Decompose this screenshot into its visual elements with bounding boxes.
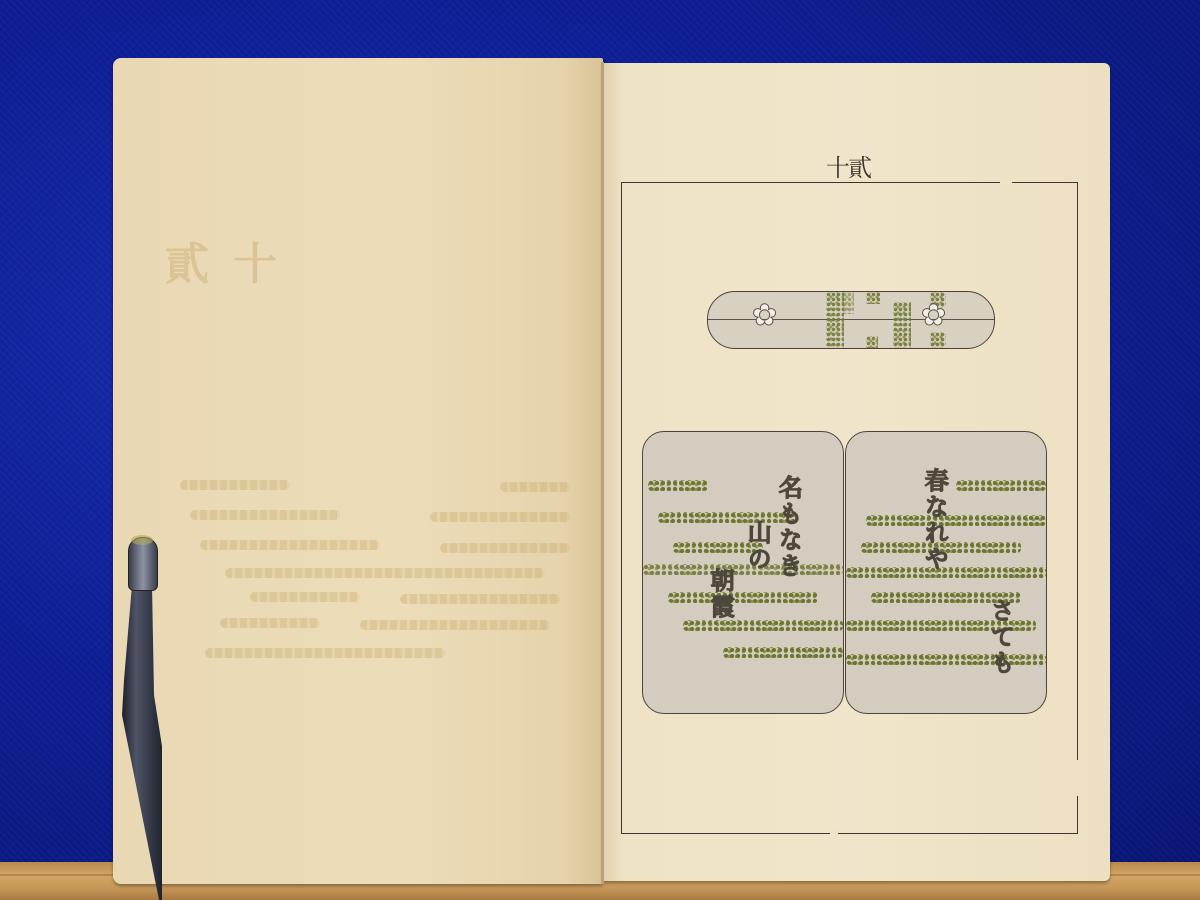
frame-gap	[1000, 180, 1012, 185]
book-spine-gutter	[601, 62, 604, 884]
mist-stripe	[866, 336, 878, 348]
mist-stripe	[866, 292, 880, 304]
mist-stripe	[930, 332, 946, 348]
poem-text-column: さても	[988, 598, 1013, 676]
poem-text-column: 朝霞	[708, 568, 733, 620]
poem-card-left	[642, 431, 844, 714]
poem-text-column: 山の	[745, 520, 770, 572]
mist-stripe	[893, 302, 911, 348]
mist-band	[668, 592, 818, 603]
page-number: 十貳	[826, 148, 870, 183]
bleed-through-page-number: 貳十	[165, 228, 301, 292]
left-page	[113, 58, 603, 884]
frame-gap	[1074, 760, 1079, 796]
mist-band	[866, 515, 1046, 526]
book-clip-knob	[131, 535, 153, 545]
poem-text-column: 名もなき	[776, 475, 801, 579]
rounded-bar-design	[707, 291, 995, 349]
mist-stripe	[842, 292, 854, 314]
poem-text-column: 春なれや	[922, 468, 947, 572]
mist-band	[723, 647, 843, 658]
bar-center-line	[708, 319, 994, 320]
cherry-blossom-icon: ✿	[921, 301, 946, 331]
frame-gap	[830, 830, 838, 835]
cherry-blossom-icon: ✿	[752, 301, 777, 331]
book-clip-head	[128, 537, 158, 591]
mist-band	[683, 620, 843, 631]
mist-band	[648, 480, 708, 491]
mist-band	[956, 480, 1046, 491]
mist-band	[846, 654, 1046, 665]
